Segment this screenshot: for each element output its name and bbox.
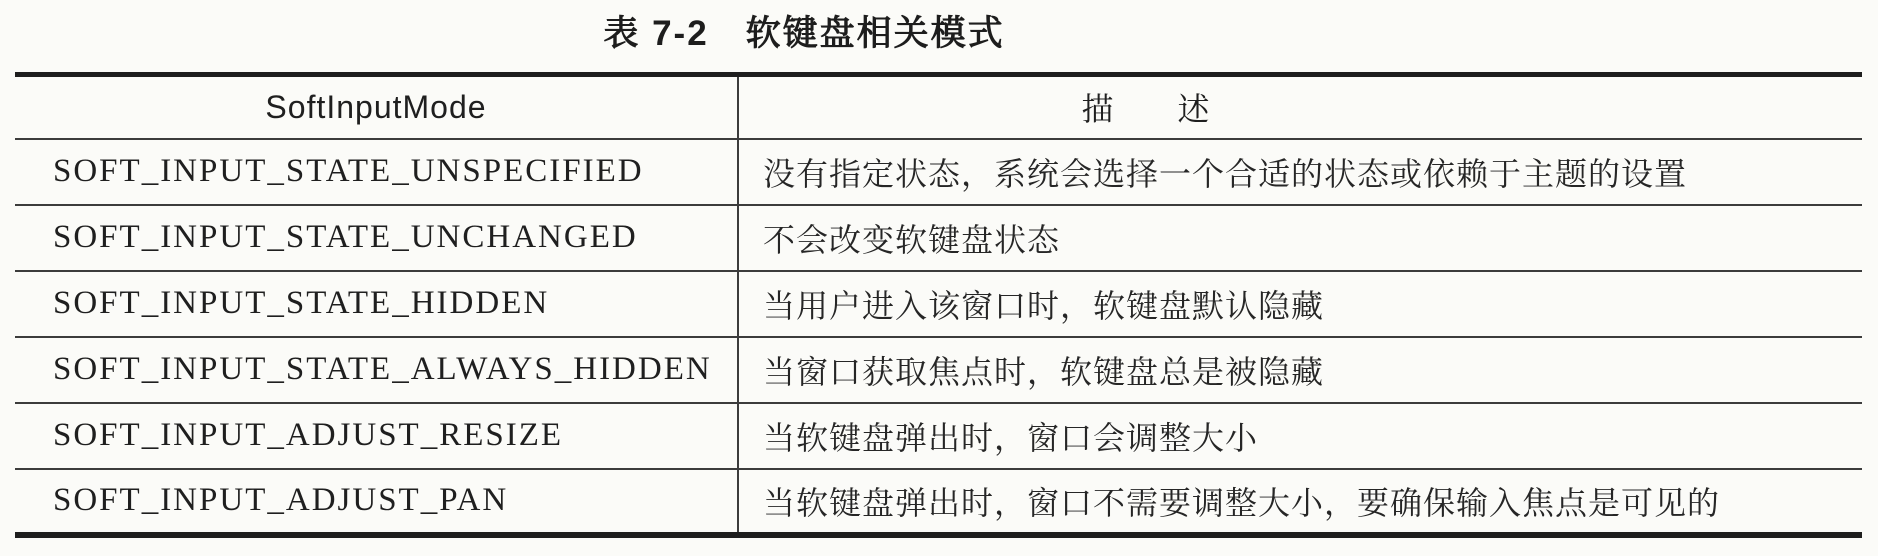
table-header: SoftInputMode 描 述 [15, 75, 1862, 139]
table-body: SOFT_INPUT_STATE_UNSPECIFIED 没有指定状态，系统会选… [15, 139, 1862, 535]
column-header-softinputmode: SoftInputMode [15, 75, 738, 139]
table-row: SOFT_INPUT_ADJUST_PAN 当软键盘弹出时，窗口不需要调整大小，… [15, 469, 1862, 535]
mode-cell: SOFT_INPUT_ADJUST_PAN [15, 469, 738, 535]
table-row: SOFT_INPUT_STATE_ALWAYS_HIDDEN 当窗口获取焦点时，… [15, 337, 1862, 403]
description-cell: 没有指定状态，系统会选择一个合适的状态或依赖于主题的设置 [738, 139, 1862, 205]
description-cell: 当软键盘弹出时，窗口会调整大小 [738, 403, 1862, 469]
table-row: SOFT_INPUT_STATE_HIDDEN 当用户进入该窗口时，软键盘默认隐… [15, 271, 1862, 337]
mode-cell: SOFT_INPUT_STATE_UNCHANGED [15, 205, 738, 271]
table-caption: 表 7-2 软键盘相关模式 [0, 6, 1878, 56]
table-row: SOFT_INPUT_ADJUST_RESIZE 当软键盘弹出时，窗口会调整大小 [15, 403, 1862, 469]
description-cell: 当窗口获取焦点时，软键盘总是被隐藏 [738, 337, 1862, 403]
scanned-book-page: 表 7-2 软键盘相关模式 SoftInputMode 描 述 SOFT_INP… [0, 0, 1878, 556]
mode-cell: SOFT_INPUT_STATE_HIDDEN [15, 271, 738, 337]
softinputmode-table: SoftInputMode 描 述 SOFT_INPUT_STATE_UNSPE… [15, 72, 1862, 538]
table-row: SOFT_INPUT_STATE_UNCHANGED 不会改变软键盘状态 [15, 205, 1862, 271]
description-cell: 当用户进入该窗口时，软键盘默认隐藏 [738, 271, 1862, 337]
header-row: SoftInputMode 描 述 [15, 75, 1862, 139]
mode-cell: SOFT_INPUT_STATE_UNSPECIFIED [15, 139, 738, 205]
description-cell: 不会改变软键盘状态 [738, 205, 1862, 271]
mode-cell: SOFT_INPUT_ADJUST_RESIZE [15, 403, 738, 469]
description-cell: 当软键盘弹出时，窗口不需要调整大小，要确保输入焦点是可见的 [738, 469, 1862, 535]
column-header-description: 描 述 [738, 75, 1862, 139]
table-row: SOFT_INPUT_STATE_UNSPECIFIED 没有指定状态，系统会选… [15, 139, 1862, 205]
mode-cell: SOFT_INPUT_STATE_ALWAYS_HIDDEN [15, 337, 738, 403]
